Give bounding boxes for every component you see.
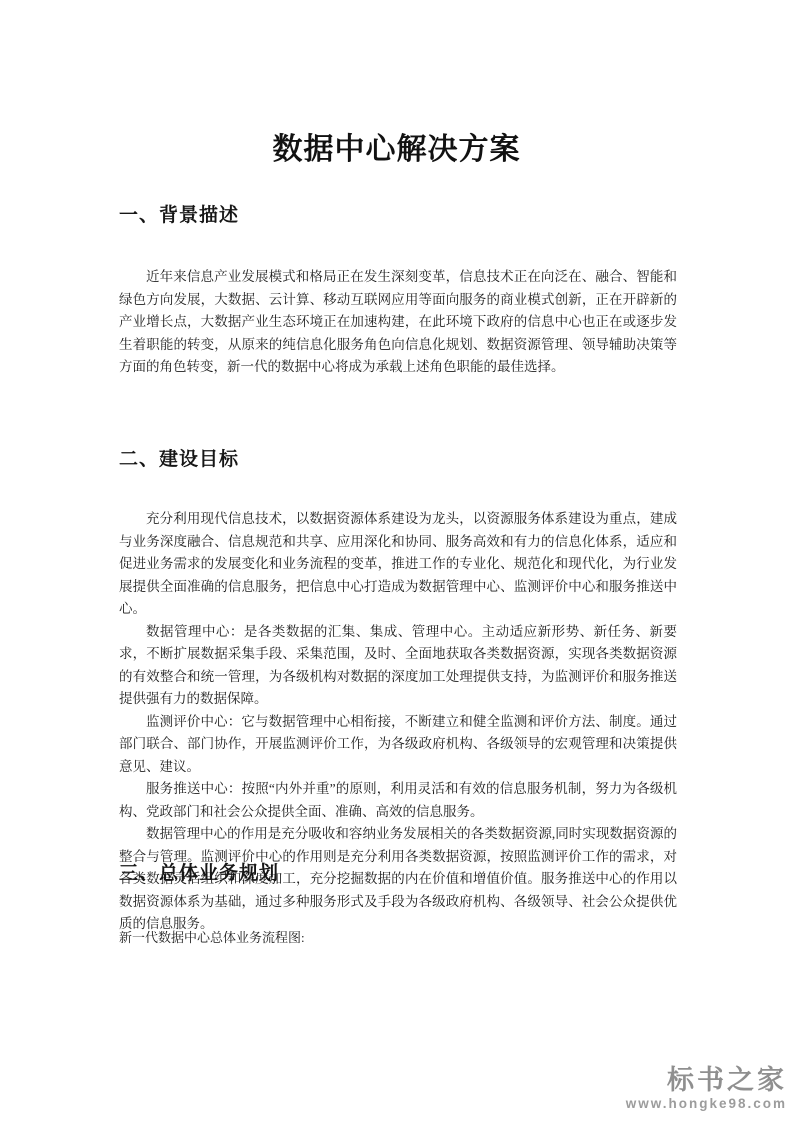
document-page: 数据中心解决方案 一、背景描述 近年来信息产业发展模式和格局正在发生深刻变革，信… (0, 0, 793, 1122)
section-heading-goals: 二、建设目标 (119, 444, 239, 471)
flowchart-caption: 新一代数据中心总体业务流程图: (119, 928, 677, 948)
section-heading-background: 一、背景描述 (119, 200, 239, 227)
paragraph: 充分利用现代信息技术，以数据资源体系建设为龙头，以资源服务体系建设为重点，建成与… (119, 508, 677, 621)
document-title: 数据中心解决方案 (0, 124, 793, 168)
paragraph: 近年来信息产业发展模式和格局正在发生深刻变革，信息技术正在向泛在、融合、智能和绿… (119, 266, 677, 379)
paragraph: 服务推送中心：按照“内外并重”的原则，利用灵活和有效的信息服务机制，努力为各级机… (119, 778, 677, 823)
section-heading-planning: 三、总体业务规划 (119, 858, 279, 885)
section-body-background: 近年来信息产业发展模式和格局正在发生深刻变革，信息技术正在向泛在、融合、智能和绿… (119, 266, 677, 379)
watermark: 标书之家 www.hongke98.com (626, 1065, 787, 1112)
paragraph: 数据管理中心：是各类数据的汇集、集成、管理中心。主动适应新形势、新任务、新要求，… (119, 621, 677, 711)
paragraph: 监测评价中心：它与数据管理中心相衔接，不断建立和健全监测和评价方法、制度。通过部… (119, 711, 677, 779)
watermark-brand: 标书之家 (626, 1065, 787, 1095)
watermark-url: www.hongke98.com (626, 1096, 787, 1112)
